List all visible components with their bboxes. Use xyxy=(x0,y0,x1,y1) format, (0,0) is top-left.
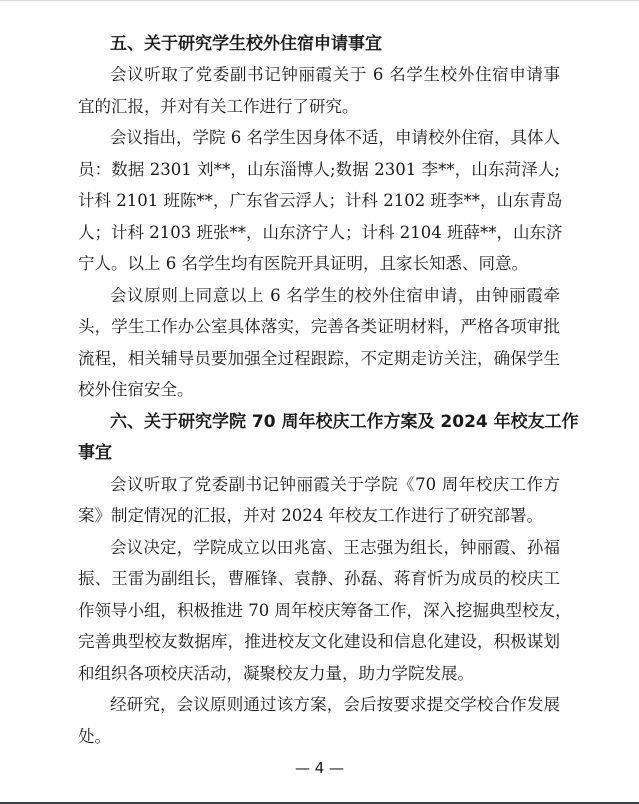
page-number: — 4 — xyxy=(0,758,639,778)
paragraph-line: 会议原则上同意以上 6 名学生的校外住宿申请，由钟丽霞牵 xyxy=(110,284,560,308)
paragraph-line: 流程，相关辅导员要加强全过程跟踪，不定期走访关注，确保学生 xyxy=(78,347,560,371)
section-heading-five: 五、关于研究学生校外住宿申请事宜 xyxy=(110,32,560,56)
paragraph-line: 完善典型校友数据库，推进校友文化建设和信息化建设，积极谋划 xyxy=(78,630,560,654)
paragraph-line: 处。 xyxy=(78,725,560,749)
paragraph-line: 宜的汇报，并对有关工作进行了研究。 xyxy=(78,95,560,119)
paragraph-line: 员：数据 2301 刘**，山东淄博人;数据 2301 李**，山东菏泽人; xyxy=(78,158,560,182)
paragraph-line: 案》制定情况的汇报，并对 2024 年校友工作进行了研究部署。 xyxy=(78,504,560,528)
paragraph-line: 会议决定，学院成立以田兆富、王志强为组长，钟丽霞、孙福 xyxy=(110,536,560,560)
paragraph-line: 经研究，会议原则通过该方案，会后按要求提交学校合作发展 xyxy=(110,693,560,717)
section-heading-six-cont: 事宜 xyxy=(78,441,560,465)
paragraph-line: 校外住宿安全。 xyxy=(78,378,560,402)
section-heading-six: 六、关于研究学院 70 周年校庆工作方案及 2024 年校友工作 xyxy=(110,410,560,434)
document-page: 五、关于研究学生校外住宿申请事宜 会议听取了党委副书记钟丽霞关于 6 名学生校外… xyxy=(0,0,639,802)
paragraph-line: 宁人。以上 6 名学生均有医院开具证明，且家长知悉、同意。 xyxy=(78,252,560,276)
paragraph-line: 头，学生工作办公室具体落实，完善各类证明材料，严格各项审批 xyxy=(78,315,560,339)
paragraph-line: 作领导小组，积极推进 70 周年校庆筹备工作，深入挖掘典型校友， xyxy=(78,599,560,623)
paragraph-line: 振、王雷为副组长，曹雁锋、袁静、孙磊、蒋育忻为成员的校庆工 xyxy=(78,567,560,591)
paragraph-line: 会议听取了党委副书记钟丽霞关于学院《70 周年校庆工作方 xyxy=(110,473,560,497)
paragraph-line: 会议听取了党委副书记钟丽霞关于 6 名学生校外住宿申请事 xyxy=(110,63,560,87)
paragraph-line: 计科 2101 班陈**，广东省云浮人；计科 2102 班李**，山东青岛 xyxy=(78,189,560,213)
paragraph-line: 和组织各项校庆活动，凝聚校友力量，助力学院发展。 xyxy=(78,662,560,686)
paragraph-line: 会议指出，学院 6 名学生因身体不适，申请校外住宿，具体人 xyxy=(110,126,560,150)
paragraph-line: 人；计科 2103 班张**，山东济宁人；计科 2104 班薛**，山东济 xyxy=(78,221,560,245)
